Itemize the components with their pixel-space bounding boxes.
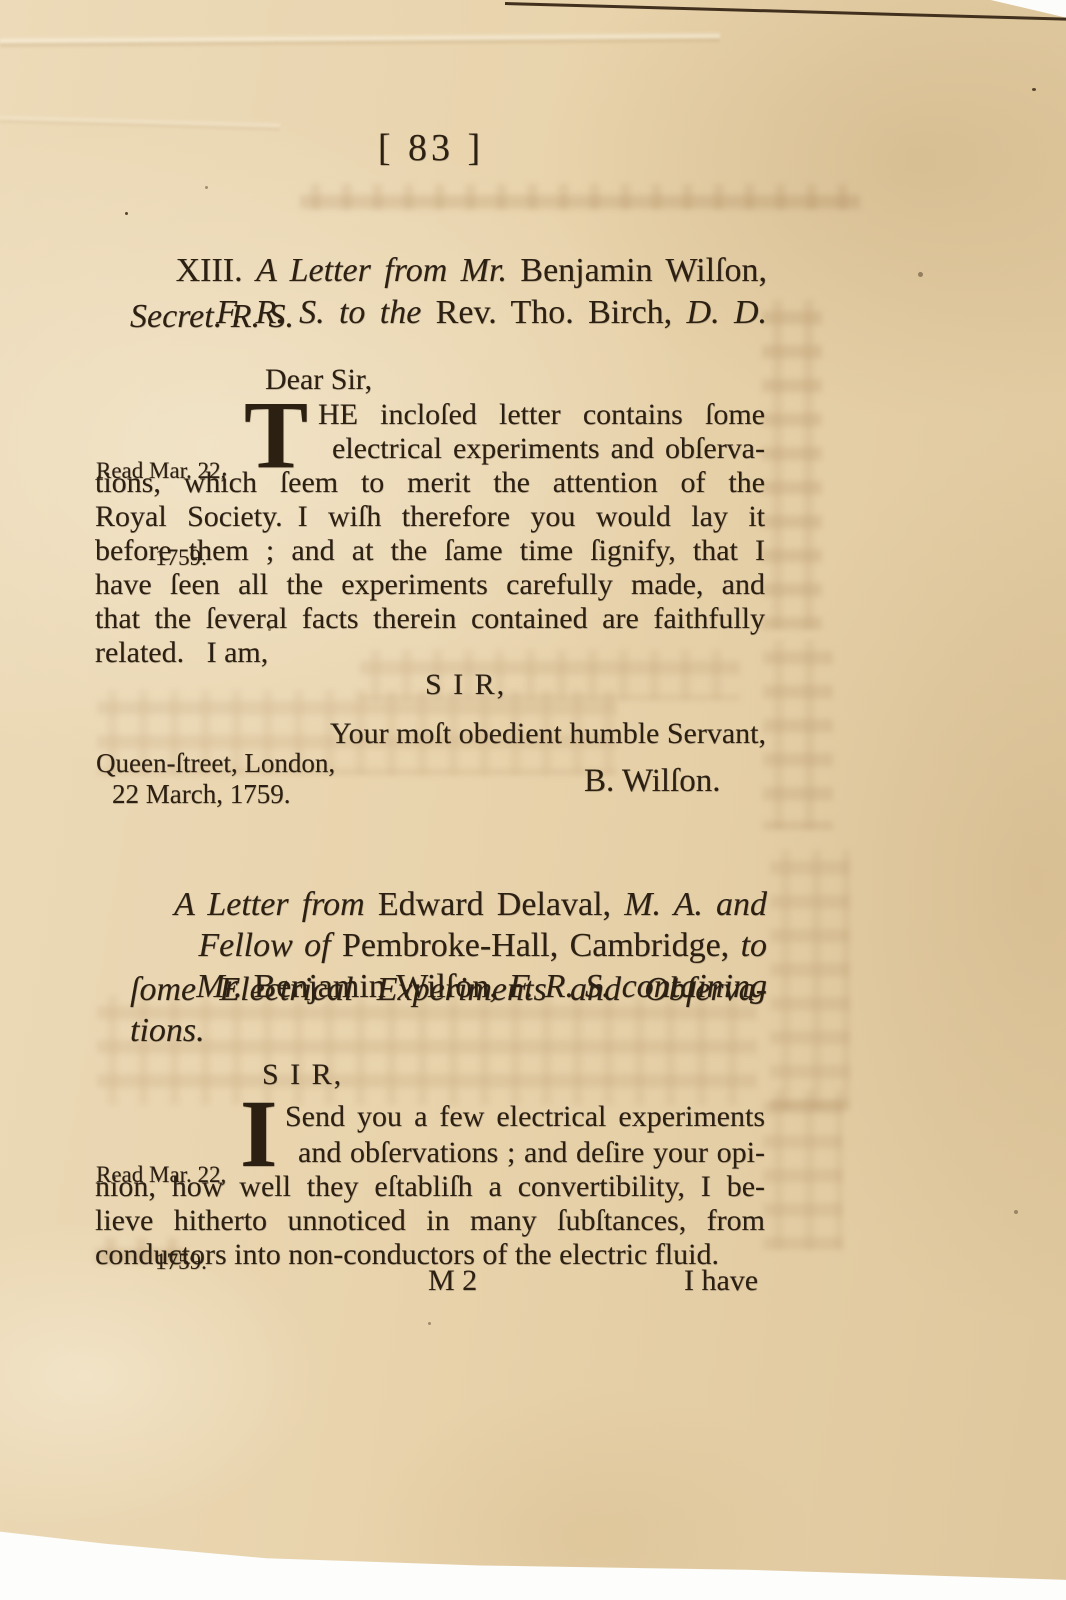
page-number: [ 83 ] <box>95 124 767 172</box>
letter2-body-line: lieve hitherto unnoticed in many ſubſtan… <box>95 1204 765 1238</box>
letter1-body-line: HE incloſed letter contains ſome <box>318 398 765 432</box>
letter2-body-line: Send you a few electrical experiments <box>285 1100 765 1134</box>
letter2-drop-cap: I <box>240 1086 277 1182</box>
letter2-body-line: conductors into non-conductors of the el… <box>95 1238 719 1272</box>
page-edge-line <box>505 2 1066 21</box>
scanned-journal-page: [ 83 ] XIII. A Letter from Mr. Benjamin … <box>0 0 1066 1600</box>
paper-speck <box>1014 1210 1018 1214</box>
letter1-valediction: Your moſt obedient humble Servant, <box>300 717 766 751</box>
letter1-body-line: tions, which ſeem to merit the attention… <box>95 466 765 500</box>
catchword: I have <box>684 1264 758 1298</box>
heading-segment: D. D. <box>687 294 767 331</box>
letter1-dateline-line2: 22 March, 1759. <box>112 779 290 809</box>
bleedthrough-smudge <box>770 850 850 1110</box>
letter1-body-line: Royal Society. I wiſh therefore you woul… <box>95 500 765 534</box>
heading-segment: Rev. Tho. Birch, <box>436 294 687 331</box>
letter2-body-line: and obſervations ; and deſire your opi- <box>298 1136 765 1170</box>
letter1-body-line: electrical experiments and obſerva- <box>332 432 765 466</box>
paper-speck <box>1032 88 1036 91</box>
paper-speck <box>205 186 208 189</box>
letter1-body-line: related. I am, <box>95 636 268 670</box>
signature-mark: M 2 <box>428 1264 477 1298</box>
bleedthrough-smudge <box>762 300 822 630</box>
letter1-body-line: before them ; and at the ſame time ſigni… <box>95 534 765 568</box>
bleedthrough-smudge <box>300 184 860 210</box>
bleedthrough-smudge <box>763 1090 843 1250</box>
letter1-dateline-line1: Queen-ſtreet, London, <box>96 748 335 778</box>
letter1-heading-line3: Secret. R. S. <box>130 298 294 336</box>
letter1-signature: B. Wilſon. <box>584 763 721 799</box>
letter2-body-line: nion, how well they eſtabliſh a converti… <box>95 1170 765 1204</box>
paper-crease <box>0 31 720 48</box>
letter2-heading-line5: tions. <box>130 1012 205 1050</box>
paper-page: [ 83 ] XIII. A Letter from Mr. Benjamin … <box>0 0 1066 1600</box>
paper-speck <box>918 272 923 277</box>
letter1-body-line: that the ſeveral facts therein contained… <box>95 602 765 636</box>
bleedthrough-smudge <box>360 650 740 700</box>
letter2-heading-line4: ſome Electrical Experiments and Obſerva- <box>130 971 767 1009</box>
bleedthrough-smudge <box>763 640 833 830</box>
paper-speck <box>428 1322 431 1325</box>
letter1-sir: S I R, <box>425 668 506 702</box>
letter1-body-line: have ſeen all the experiments carefully … <box>95 568 765 602</box>
